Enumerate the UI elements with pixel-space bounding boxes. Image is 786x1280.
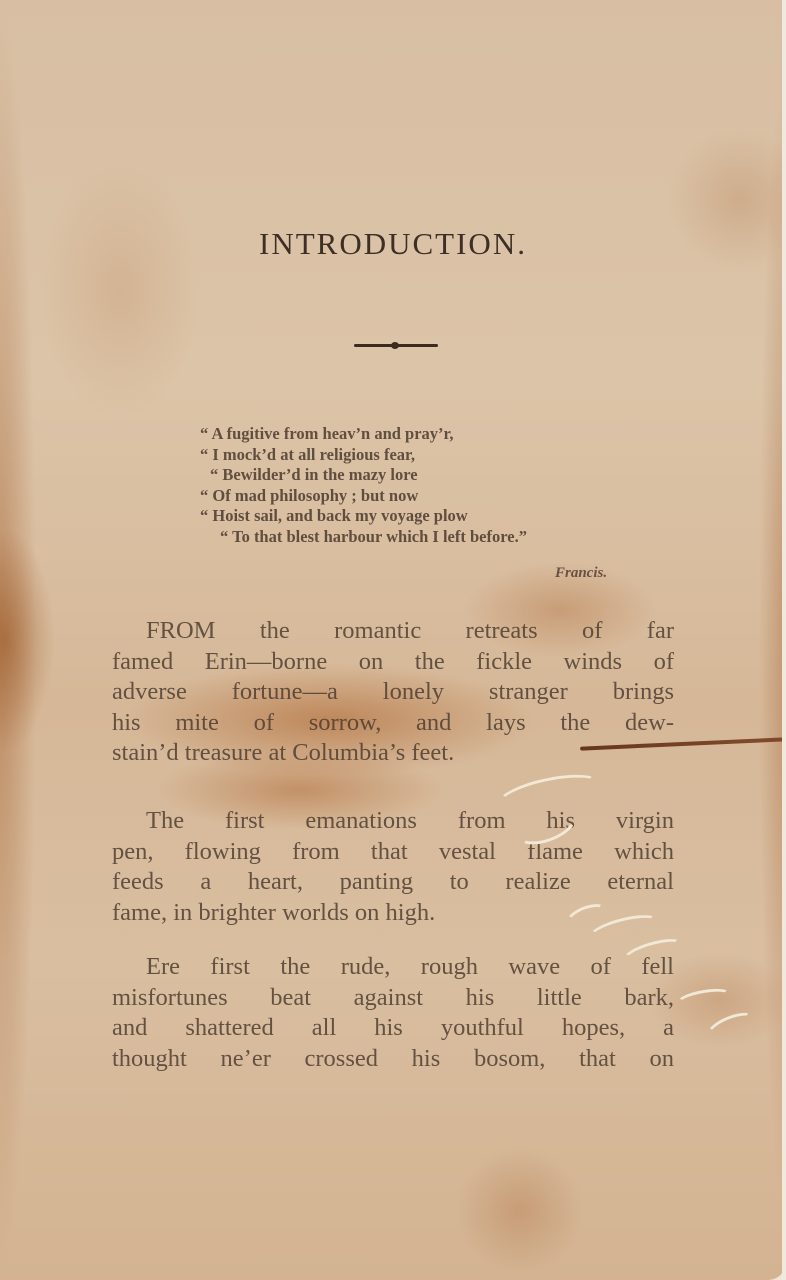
text-line: famed Erin—borne on the fickle winds of xyxy=(112,647,674,678)
text-line: The first emanations from his virgin xyxy=(112,806,674,837)
text-line: pen, flowing from that vestal flame whic… xyxy=(112,837,674,868)
epigraph-line: “ Hoist sail, and back my voyage plow xyxy=(200,506,680,527)
epigraph-attribution: Francis. xyxy=(555,565,607,582)
book-page: INTRODUCTION. “ A fugitive from heav’n a… xyxy=(0,0,786,1280)
text-line: Ere first the rude, rough wave of fell xyxy=(112,952,674,983)
text-line: misfortunes beat against his little bark… xyxy=(112,983,674,1014)
epigraph-line: “ I mock’d at all religious fear, xyxy=(200,445,680,466)
text-line: feeds a heart, panting to realize eterna… xyxy=(112,867,674,898)
repair-thread xyxy=(704,1007,758,1044)
page-title: INTRODUCTION. xyxy=(0,226,786,262)
text-line: his mite of sorrow, and lays the dew- xyxy=(112,708,674,739)
epigraph-line: “ A fugitive from heav’n and pray’r, xyxy=(200,424,680,445)
epigraph: “ A fugitive from heav’n and pray’r, “ I… xyxy=(200,424,680,547)
epigraph-line: “ Of mad philosophy ; but now xyxy=(200,486,680,507)
ornamental-rule xyxy=(354,344,438,347)
epigraph-line: “ Bewilder’d in the mazy lore xyxy=(200,465,680,486)
text-line: adverse fortune—a lonely stranger brings xyxy=(112,677,674,708)
text-line: stain’d treasure at Columbia’s feet. xyxy=(112,738,674,769)
text-line: FROM the romantic retreats of far xyxy=(112,616,674,647)
text-line: thought ne’er crossed his bosom, that on xyxy=(112,1044,674,1075)
epigraph-line: “ To that blest harbour which I left bef… xyxy=(200,527,680,548)
paragraph-3: Ere first the rude, rough wave of fell m… xyxy=(112,952,674,1074)
text-line: and shattered all his youthful hopes, a xyxy=(112,1013,674,1044)
page-edge xyxy=(782,0,786,1280)
repair-thread xyxy=(675,985,733,1012)
